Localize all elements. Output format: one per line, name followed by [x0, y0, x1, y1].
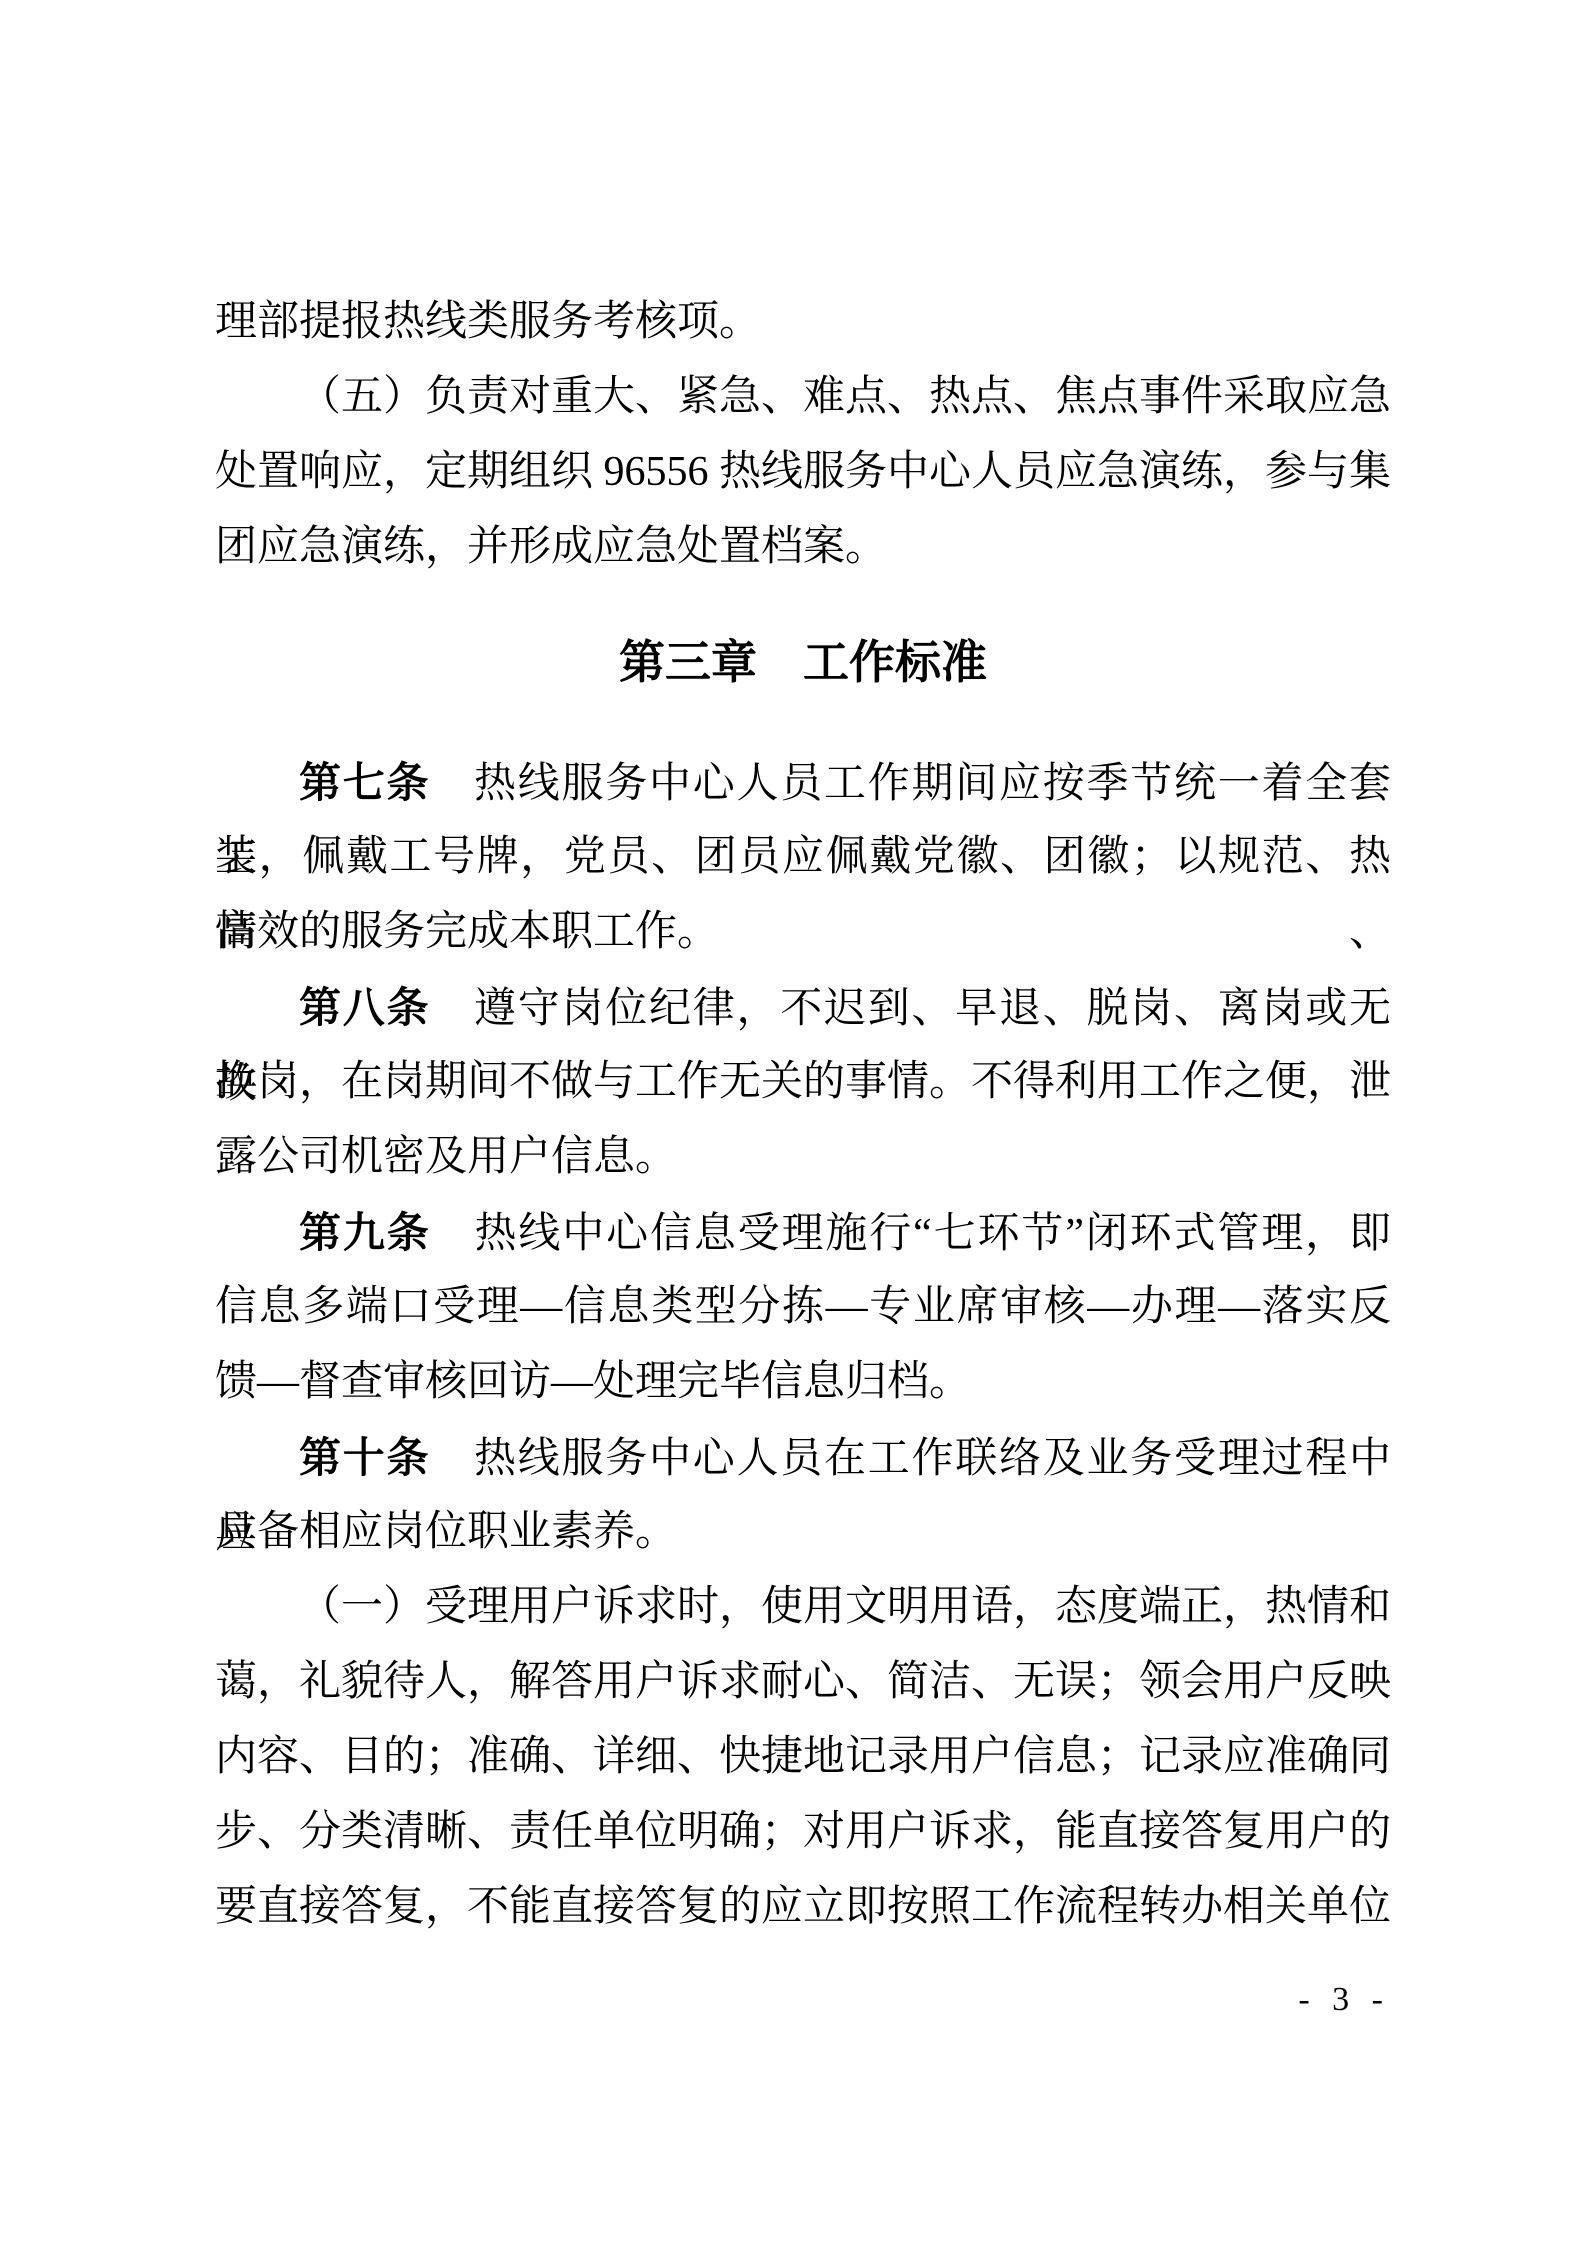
- paragraph-line: （五）负责对重大、紧急、难点、热点、焦点事件采取应急: [215, 360, 1391, 435]
- paragraph-line: 第七条 热线服务中心人员工作期间应按季节统一着全套工: [215, 745, 1391, 820]
- paragraph-line: 步、分类清晰、责任单位明确；对用户诉求，能直接答复用户的: [215, 1795, 1391, 1870]
- line-text: 热线中心信息受理施行“七环节”闭环式管理，即: [431, 1211, 1391, 1257]
- paragraph-line: 要直接答复，不能直接答复的应立即按照工作流程转办相关单位: [215, 1870, 1391, 1945]
- paragraph-line: 信息多端口受理—信息类型分拣—专业席审核—办理—落实反: [215, 1270, 1391, 1345]
- article-number: 第九条: [299, 1209, 431, 1256]
- paragraph-line: 内容、目的；准确、详细、快捷地记录用户信息；记录应准确同: [215, 1720, 1391, 1795]
- paragraph-line: 露公司机密及用户信息。: [215, 1120, 1391, 1195]
- document-page: 理部提报热线类服务考核项。 （五）负责对重大、紧急、难点、热点、焦点事件采取应急…: [0, 0, 1587, 2245]
- article-number: 第八条: [299, 984, 430, 1031]
- paragraph-line: 第十条 热线服务中心人员在工作联络及业务受理过程中应: [215, 1420, 1391, 1495]
- paragraph-line: 具备相应岗位职业素养。: [215, 1495, 1391, 1570]
- chapter-heading: 第三章 工作标准: [215, 625, 1391, 700]
- paragraph-line: 理部提报热线类服务考核项。: [215, 285, 1391, 360]
- paragraph-line: 装，佩戴工号牌，党员、团员应佩戴党徽、团徽；以规范、热情、: [215, 820, 1391, 895]
- article-number: 第十条: [299, 1434, 430, 1481]
- paragraph-line: 第八条 遵守岗位纪律，不迟到、早退、脱岗、离岗或无故: [215, 970, 1391, 1045]
- paragraph-line: 团应急演练，并形成应急处置档案。: [215, 510, 1391, 585]
- paragraph-line: （一）受理用户诉求时，使用文明用语，态度端正，热情和: [215, 1570, 1391, 1645]
- paragraph-line: 换岗，在岗期间不做与工作无关的事情。不得利用工作之便，泄: [215, 1045, 1391, 1120]
- paragraph-line: 馈—督查审核回访—处理完毕信息归档。: [215, 1345, 1391, 1420]
- page-number: - 3 -: [1298, 1980, 1390, 2020]
- article-number: 第七条: [299, 759, 430, 806]
- document-body: 理部提报热线类服务考核项。 （五）负责对重大、紧急、难点、热点、焦点事件采取应急…: [215, 285, 1391, 1945]
- paragraph-line: 蔼，礼貌待人，解答用户诉求耐心、简洁、无误；领会用户反映: [215, 1645, 1391, 1720]
- paragraph-line: 处置响应，定期组织 96556 热线服务中心人员应急演练，参与集: [215, 435, 1391, 510]
- paragraph-line: 第九条 热线中心信息受理施行“七环节”闭环式管理，即: [215, 1195, 1391, 1270]
